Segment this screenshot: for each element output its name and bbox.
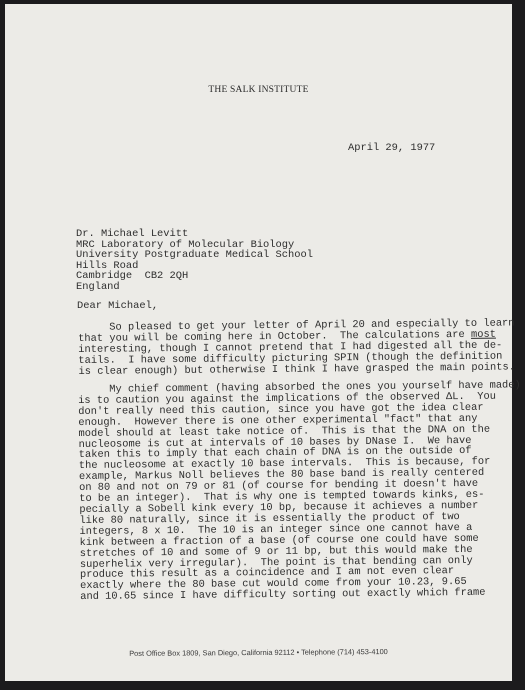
- text-line: and 10.65 since I have difficulty sortin…: [80, 588, 480, 603]
- paragraph-2: My chief comment (having absorbed the on…: [78, 381, 480, 603]
- recipient-address: Dr. Michael Levitt MRC Laboratory of Mol…: [76, 229, 313, 293]
- letterhead-footer: Post Office Box 1809, San Diego, Califor…: [5, 646, 512, 659]
- letterhead: THE SALK INSTITUTE: [5, 85, 512, 95]
- paragraph-1: So pleased to get your letter of April 2…: [78, 319, 479, 378]
- text-line: is clear enough) but otherwise I think I…: [78, 362, 478, 377]
- salutation: Dear Michael,: [77, 300, 158, 312]
- address-line: Dr. Michael Levitt: [76, 229, 313, 240]
- letter-page: THE SALK INSTITUTE April 29, 1977 Dr. Mi…: [5, 4, 512, 681]
- address-line: England: [76, 282, 313, 293]
- letter-date: April 29, 1977: [348, 142, 435, 154]
